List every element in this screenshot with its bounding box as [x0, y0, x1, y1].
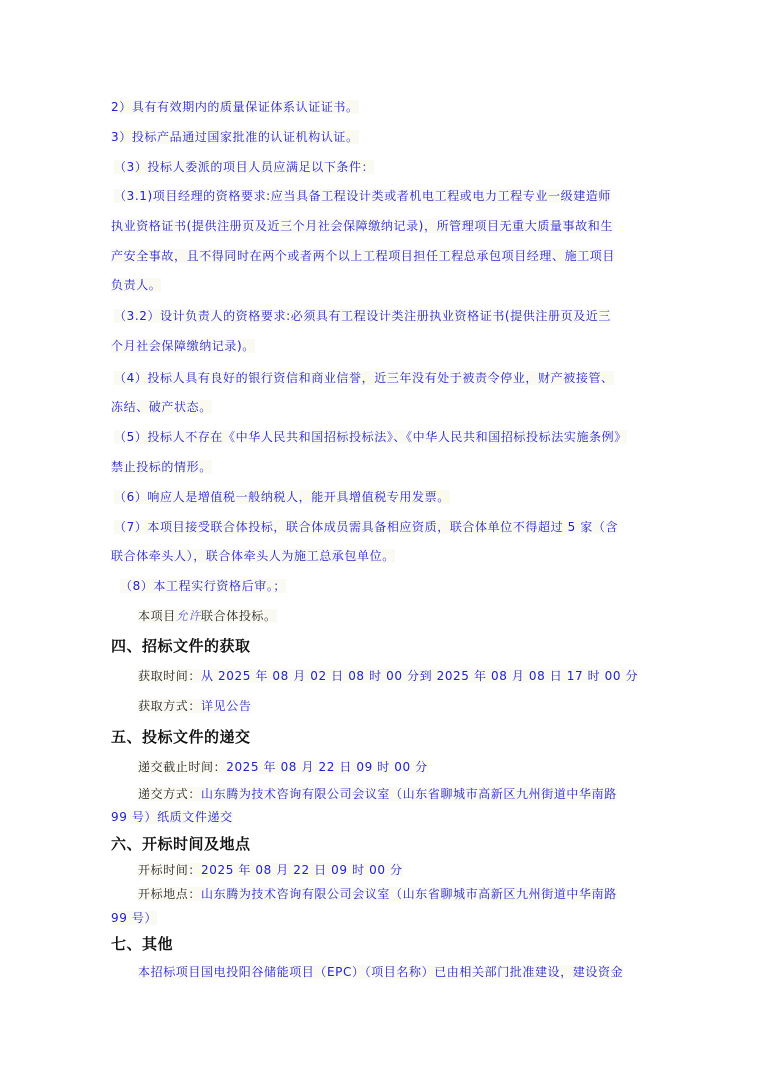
pm-requirement-line-3: 产安全事故，且不得同时在两个或者两个以上工程项目担任工程总承包项目经理、施工项目 — [111, 248, 615, 264]
qualification-line-3: 3）投标产品通过国家批准的认证机构认证。 — [111, 129, 359, 145]
consortium-prefix: 本项目 — [138, 609, 176, 623]
text: 个月社会保障缴纳记录)。 — [111, 339, 255, 353]
personnel-requirements-heading: （3）投标人委派的项目人员应满足以下条件： — [114, 159, 374, 175]
text: （3.1)项目经理的资格要求:应当具备工程设计类或者机电工程或电力工程专业一级建… — [114, 189, 611, 203]
section-4-heading: 四、招标文件的获取 — [111, 636, 251, 656]
value: 从 2025 年 08 月 02 日 08 时 00 分到 2025 年 08 … — [201, 669, 638, 683]
opening-place-line-2: 99 号） — [111, 910, 157, 926]
other-info-text: 本招标项目国电投阳谷储能项目（EPC）（项目名称）已由相关部门批准建设，建设资金 — [138, 964, 623, 980]
value: 山东腾为技术咨询有限公司会议室（山东省聊城市高新区九州街道中华南路 — [201, 887, 617, 901]
text: 负责人。 — [111, 278, 161, 292]
label: 开标时间： — [138, 863, 201, 877]
vat-requirement: （6）响应人是增值税一般纳税人，能开具增值税专用发票。 — [114, 489, 450, 505]
design-lead-requirement-line-2: 个月社会保障缴纳记录)。 — [111, 338, 255, 354]
submission-deadline: 递交截止时间：2025 年 08 月 22 日 09 时 00 分 — [138, 759, 428, 775]
text: 联合体牵头人），联合体牵头人为施工总承包单位。 — [111, 549, 395, 563]
text: 禁止投标的情形。 — [111, 460, 212, 474]
credit-requirement-line-2: 冻结、破产状态。 — [111, 399, 212, 415]
text: （4）投标人具有良好的银行资信和商业信誉，近三年没有处于被责令停业，财产被接管、 — [114, 371, 614, 385]
pm-requirement-line-1: （3.1)项目经理的资格要求:应当具备工程设计类或者机电工程或电力工程专业一级建… — [114, 188, 611, 204]
label: 递交方式： — [138, 787, 201, 801]
credit-requirement-line-1: （4）投标人具有良好的银行资信和商业信誉，近三年没有处于被责令停业，财产被接管、 — [114, 370, 614, 386]
submission-method-line-2: 99 号）纸质文件递交 — [111, 809, 233, 825]
law-requirement-line-2: 禁止投标的情形。 — [111, 459, 212, 475]
consortium-statement: 本项目允许联合体投标。 — [138, 608, 277, 624]
value: 99 号）纸质文件递交 — [111, 810, 233, 824]
doc-acquisition-method: 获取方式：详见公告 — [138, 698, 251, 714]
section-5-heading: 五、投标文件的递交 — [111, 727, 251, 747]
text: 执业资格证书(提供注册页及近三个月社会保障缴纳记录)，所管理项目无重大质量事故和… — [111, 219, 613, 233]
text: （7）本项目接受联合体投标，联合体成员需具备相应资质，联合体单位不得超过 5 家… — [114, 520, 618, 534]
text: （6）响应人是增值税一般纳税人，能开具增值税专用发票。 — [114, 490, 450, 504]
label: 开标地点： — [138, 887, 201, 901]
label: 获取时间： — [138, 669, 201, 683]
law-requirement-line-1: （5）投标人不存在《中华人民共和国招标投标法》、《中华人民共和国招标投标法实施条… — [114, 429, 627, 445]
text: 2）具有有效期内的质量保证体系认证证书。 — [111, 100, 359, 114]
text: 冻结、破产状态。 — [111, 400, 212, 414]
text: 3）投标产品通过国家批准的认证机构认证。 — [111, 130, 359, 144]
text: 本招标项目国电投阳谷储能项目（EPC）（项目名称）已由相关部门批准建设，建设资金 — [138, 965, 623, 979]
opening-time: 开标时间：2025 年 08 月 22 日 09 时 00 分 — [138, 862, 403, 878]
value: 2025 年 08 月 22 日 09 时 00 分 — [226, 760, 428, 774]
section-6-heading: 六、开标时间及地点 — [111, 834, 251, 854]
consortium-requirement-line-1: （7）本项目接受联合体投标，联合体成员需具备相应资质，联合体单位不得超过 5 家… — [114, 519, 618, 535]
text: 产安全事故，且不得同时在两个或者两个以上工程项目担任工程总承包项目经理、施工项目 — [111, 249, 615, 263]
design-lead-requirement-line-1: （3.2）设计负责人的资格要求:必须具有工程设计类注册执业资格证书(提供注册页及… — [114, 308, 611, 324]
text: （8）本工程实行资格后审。； — [120, 579, 286, 593]
opening-place-line-1: 开标地点：山东腾为技术咨询有限公司会议室（山东省聊城市高新区九州街道中华南路 — [138, 886, 617, 902]
text: （3.2）设计负责人的资格要求:必须具有工程设计类注册执业资格证书(提供注册页及… — [114, 309, 611, 323]
value: 详见公告 — [201, 699, 251, 713]
document-page: 2）具有有效期内的质量保证体系认证证书。 3）投标产品通过国家批准的认证机构认证… — [0, 0, 758, 1076]
submission-method-line-1: 递交方式：山东腾为技术咨询有限公司会议室（山东省聊城市高新区九州街道中华南路 — [138, 786, 617, 802]
label: 递交截止时间： — [138, 760, 226, 774]
post-qualification-review: （8）本工程实行资格后审。； — [120, 578, 286, 594]
label: 获取方式： — [138, 699, 201, 713]
consortium-value: 允许 — [176, 609, 201, 623]
pm-requirement-line-4: 负责人。 — [111, 277, 161, 293]
section-7-heading: 七、其他 — [111, 934, 173, 954]
qualification-line-2: 2）具有有效期内的质量保证体系认证证书。 — [111, 99, 359, 115]
text: （5）投标人不存在《中华人民共和国招标投标法》、《中华人民共和国招标投标法实施条… — [114, 430, 627, 444]
consortium-suffix: 联合体投标。 — [201, 609, 277, 623]
value: 山东腾为技术咨询有限公司会议室（山东省聊城市高新区九州街道中华南路 — [201, 787, 617, 801]
value: 99 号） — [111, 911, 157, 925]
consortium-requirement-line-2: 联合体牵头人），联合体牵头人为施工总承包单位。 — [111, 548, 395, 564]
value: 2025 年 08 月 22 日 09 时 00 分 — [201, 863, 403, 877]
doc-acquisition-time: 获取时间：从 2025 年 08 月 02 日 08 时 00 分到 2025 … — [138, 668, 638, 684]
text: （3）投标人委派的项目人员应满足以下条件： — [114, 160, 374, 174]
pm-requirement-line-2: 执业资格证书(提供注册页及近三个月社会保障缴纳记录)，所管理项目无重大质量事故和… — [111, 218, 613, 234]
